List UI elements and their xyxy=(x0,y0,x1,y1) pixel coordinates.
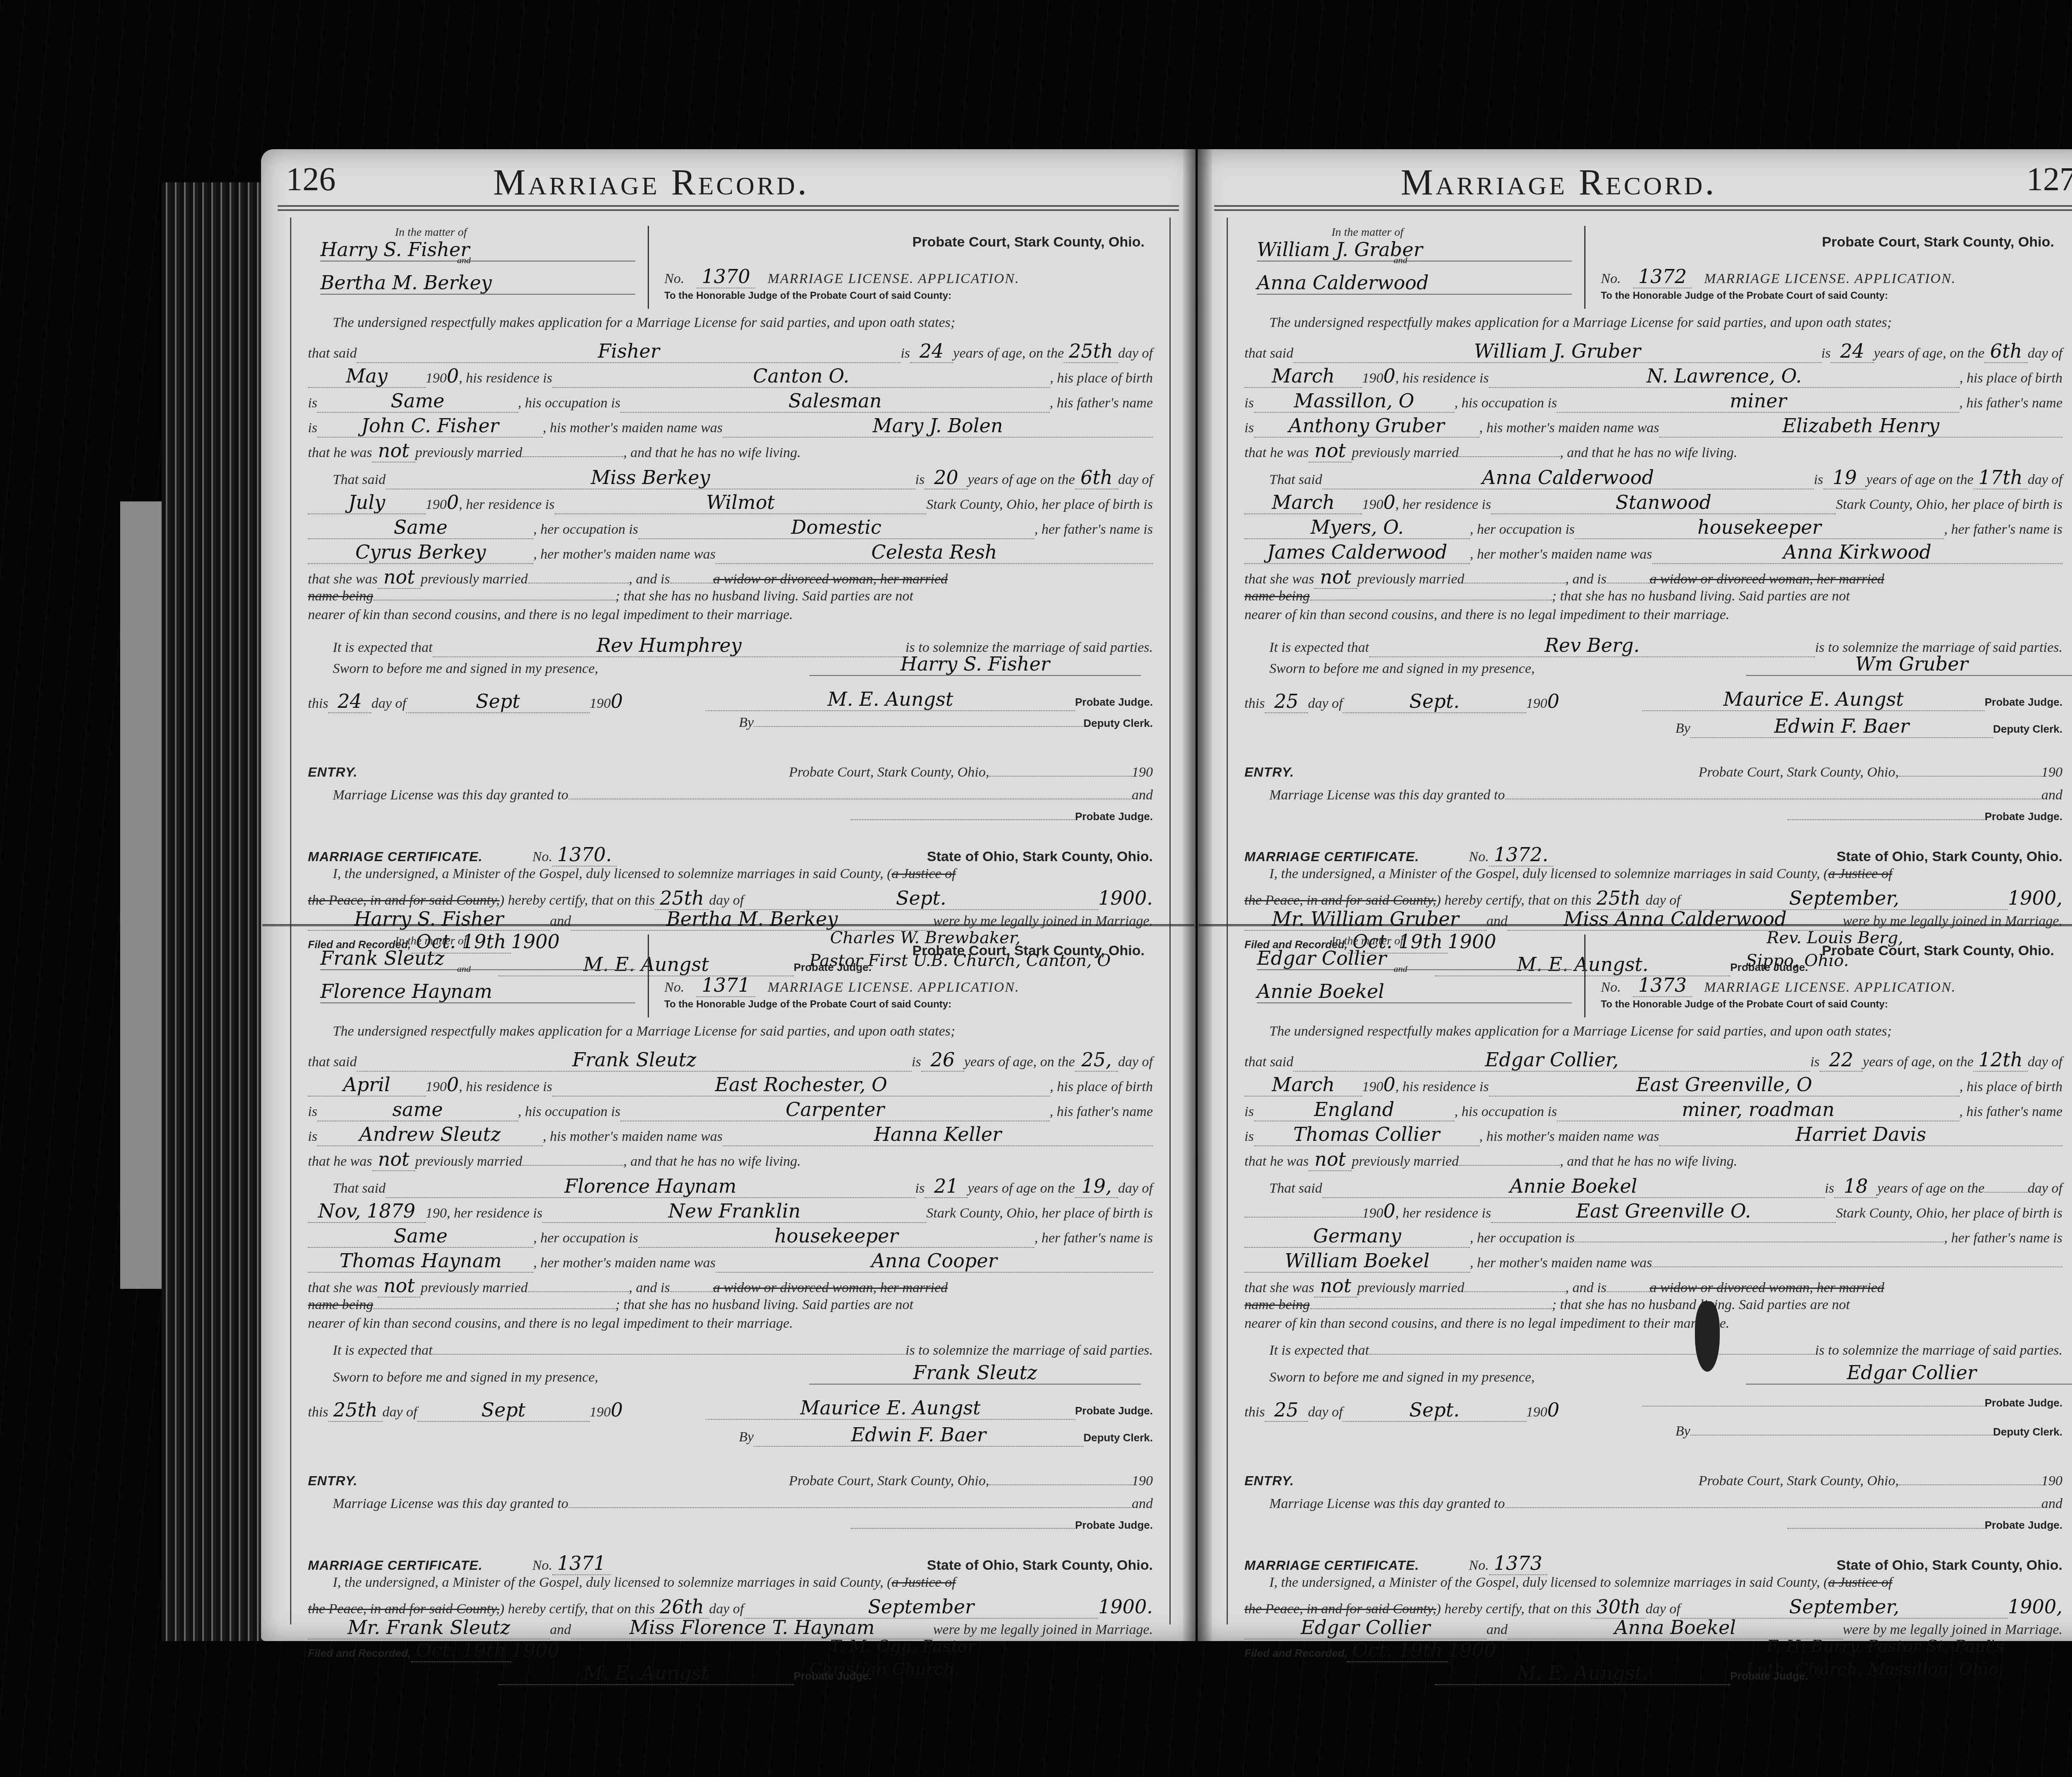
label: By xyxy=(1675,1424,1690,1439)
label: this xyxy=(1244,696,1265,712)
label: Probate Judge. xyxy=(1985,810,2062,823)
label: ) hereby certify, that on this xyxy=(1436,1601,1592,1617)
judge-signature xyxy=(1642,1406,1985,1407)
label: Sworn to before me and signed in my pres… xyxy=(1269,1370,1535,1385)
label: No. xyxy=(1469,1558,1489,1574)
label: Sworn to before me and signed in my pres… xyxy=(1269,661,1535,677)
marriage-record: In the matter of William J. Graber and A… xyxy=(1228,226,2072,922)
bride-line-1: That said Annie Boekel is 18 years of ag… xyxy=(1244,1175,2062,1198)
label: , her occupation is xyxy=(533,1230,638,1246)
certificate-month: September, xyxy=(1680,887,2008,910)
page-number: 126 xyxy=(286,161,336,199)
deputy-clerk-signature: Edwin F. Baer xyxy=(754,1424,1084,1447)
deputy-row: By Deputy Clerk. xyxy=(1675,1424,2062,1439)
sworn-month: Sept xyxy=(406,690,590,713)
label: this xyxy=(308,696,328,712)
certificate-bride: Miss Florence T. Haynam xyxy=(571,1616,933,1639)
blank xyxy=(989,1484,1132,1485)
no-label: No. xyxy=(664,980,684,995)
label: That said xyxy=(333,472,386,488)
label: that she was xyxy=(308,1280,378,1296)
groom-name: Edgar Collier, xyxy=(1293,1048,1810,1072)
bride-birth-day: 6th xyxy=(1075,466,1118,489)
label: is xyxy=(1244,1129,1254,1145)
certificate-heading-row: MARRIAGE CERTIFICATE. No. 1373 State of … xyxy=(1244,1552,2062,1575)
bride-birthplace: Germany xyxy=(1244,1225,1470,1248)
label: is xyxy=(308,395,317,411)
in-the-matter-of: In the matter of Harry S. Fisher and Ber… xyxy=(308,226,649,309)
groom-line-5: that he was not previously married , and… xyxy=(308,439,1153,462)
label: It is expected that xyxy=(333,640,433,656)
blank xyxy=(989,776,1132,777)
groom-line-1: that said Edgar Collier, is 22 years of … xyxy=(1244,1048,2062,1072)
bride-matter-name: Bertha M. Berkey xyxy=(320,271,635,295)
label: is xyxy=(1244,1104,1254,1120)
page-number: 127 xyxy=(2026,161,2072,199)
groom-name: Fisher xyxy=(357,340,900,363)
label: , her father's name is xyxy=(1944,522,2062,537)
groom-line-4: is Andrew Sleutz , his mother's maiden n… xyxy=(308,1123,1153,1146)
kin-clause: nearer of kin than second cousins, and t… xyxy=(308,1316,1153,1332)
label: previously married xyxy=(1357,1280,1464,1296)
groom-line-4: is Thomas Collier , his mother's maiden … xyxy=(1244,1123,2062,1146)
judge-row: M. E. Aungst Probate Judge. xyxy=(706,688,1153,711)
blank xyxy=(1505,799,2041,799)
blank xyxy=(569,1507,1132,1508)
label: , her residence is xyxy=(1395,497,1491,513)
groom-line-3: is Massillon, O , his occupation is mine… xyxy=(1244,390,2062,413)
label: No. xyxy=(1469,849,1489,865)
label: this xyxy=(1244,1404,1265,1420)
certificate-number: 1372. xyxy=(1489,843,1554,867)
groom-birth-month: May xyxy=(308,365,426,388)
to-the-judge: To the Honorable Judge of the Probate Co… xyxy=(1601,999,1888,1010)
label: , her mother's maiden name was xyxy=(1470,1255,1652,1271)
bride-previously-married: not xyxy=(378,566,421,589)
certificate-day: 30th xyxy=(1591,1595,1646,1619)
label: I, the undersigned, a Minister of the Go… xyxy=(333,866,892,882)
kin-clause: nearer of kin than second cousins, and t… xyxy=(1244,1316,2062,1332)
entry-judge-row: Probate Judge. xyxy=(851,810,1153,823)
bride-line-4: Cyrus Berkey , her mother's maiden name … xyxy=(308,541,1153,564)
bride-mother-maiden xyxy=(1652,1266,2062,1267)
blank xyxy=(522,456,623,457)
matter-label: In the matter of xyxy=(1331,934,1403,948)
entry-heading: ENTRY. xyxy=(1244,765,1294,780)
bride-mother-maiden: Anna Cooper xyxy=(716,1249,1153,1273)
bride-birth-month xyxy=(1244,1217,1362,1218)
license-number-row: No. 1370 MARRIAGE LICENSE. APPLICATION. xyxy=(664,265,1019,288)
label: is xyxy=(900,346,910,361)
entry-judge-row: Probate Judge. xyxy=(851,1519,1153,1532)
page-right: 127 Marriage Record. In the matter of Wi… xyxy=(1198,149,2072,1641)
label: No. xyxy=(533,1558,552,1574)
label: Marriage License was this day granted to xyxy=(333,787,569,803)
label: , and is xyxy=(1566,571,1607,587)
sworn-date-row: this 24 day of Sept 1900 xyxy=(308,690,623,713)
groom-age: 24 xyxy=(910,340,953,363)
groom-birth-day: 12th xyxy=(1973,1048,2028,1072)
bride-birth-month: March xyxy=(1244,491,1362,514)
label: Marriage License was this day granted to xyxy=(1269,787,1505,803)
struck-widow-clause: a widow or divorced woman, her married xyxy=(1650,571,1884,587)
license-application-label: MARRIAGE LICENSE. APPLICATION. xyxy=(767,980,1019,995)
label: Probate Court, Stark County, Ohio, xyxy=(1699,765,1899,780)
label: Probate Court, Stark County, Ohio, xyxy=(789,1473,989,1489)
certificate-groom: Mr. William Gruber xyxy=(1244,908,1486,931)
bride-previously-married: not xyxy=(1314,566,1357,589)
blank xyxy=(1787,819,1985,820)
label: Probate Judge. xyxy=(1075,696,1153,709)
certificate-heading: MARRIAGE CERTIFICATE. xyxy=(1244,1558,1419,1573)
label: , her mother's maiden name was xyxy=(1470,547,1652,562)
judge-signature: Maurice E. Aungst xyxy=(706,1397,1075,1420)
label: years of age, on the xyxy=(964,1054,1075,1070)
label: 190 xyxy=(426,1206,447,1221)
bride-name: Annie Boekel xyxy=(1322,1175,1825,1198)
bride-line-2: Nov, 1879 190 , her residence is New Fra… xyxy=(308,1200,1153,1223)
label: , his occupation is xyxy=(1455,395,1557,411)
certificate-names-row: Mr. Frank Sleutz and Miss Florence T. Ha… xyxy=(308,1616,1153,1639)
label: years of age on the xyxy=(1866,472,1974,488)
label: It is expected that xyxy=(333,1343,433,1358)
label: Probate Judge. xyxy=(1985,1519,2062,1532)
label: years of age on the xyxy=(1877,1181,1985,1196)
bride-year: 0 xyxy=(1383,491,1395,513)
sworn-year: 0 xyxy=(1547,690,1559,712)
bride-line-3: Myers, O. , her occupation is housekeepe… xyxy=(1244,516,2062,539)
groom-mother-maiden: Mary J. Bolen xyxy=(723,414,1153,438)
blank xyxy=(522,1165,623,1166)
license-application-label: MARRIAGE LICENSE. APPLICATION. xyxy=(767,271,1019,287)
applicant-signature: Wm Gruber xyxy=(1746,653,2072,676)
label: and xyxy=(2041,1496,2062,1512)
bride-birthplace: Same xyxy=(308,516,533,539)
label: I, the undersigned, a Minister of the Go… xyxy=(333,1575,892,1591)
page-frame: In the matter of William J. Graber and A… xyxy=(1227,218,2072,1624)
certificate-groom: Edgar Collier xyxy=(1244,1616,1486,1639)
label: 190 xyxy=(1132,765,1153,780)
label: Probate Judge. xyxy=(1075,810,1153,823)
label: By xyxy=(1675,721,1690,736)
certificate-heading-row: MARRIAGE CERTIFICATE. No. 1370. State of… xyxy=(308,843,1153,867)
bride-line-1: That said Anna Calderwood is 19 years of… xyxy=(1244,466,2062,489)
certificate-number: 1371 xyxy=(552,1552,611,1575)
label: , her occupation is xyxy=(1470,1230,1575,1246)
groom-birthplace: Same xyxy=(317,390,518,413)
label: is xyxy=(915,472,925,488)
bride-name: Miss Berkey xyxy=(386,466,915,489)
groom-year: 0 xyxy=(1383,365,1395,387)
label: , his place of birth xyxy=(1050,370,1153,386)
sworn-day: 24 xyxy=(328,690,371,713)
filed-judge-signature: M. E. Aungst. xyxy=(1435,1662,1730,1685)
no-label: No. xyxy=(1601,980,1621,995)
bride-residence: New Franklin xyxy=(542,1200,926,1223)
label: previously married xyxy=(421,1280,528,1296)
groom-line-5: that he was not previously married , and… xyxy=(1244,1148,2062,1171)
label: 190 xyxy=(426,497,447,513)
bride-birth-month: July xyxy=(308,491,426,514)
label: , his residence is xyxy=(1395,1079,1489,1095)
certificate-intro: I, the undersigned, a Minister of the Go… xyxy=(308,866,1153,882)
bride-year: 0 xyxy=(1383,1200,1395,1222)
groom-year: 0 xyxy=(1383,1073,1395,1096)
license-number: 1371 xyxy=(697,974,755,997)
minister-signature: T. M. Ogg, Pastor xyxy=(830,1637,975,1656)
label: , and that he has no wife living. xyxy=(1560,1154,1737,1169)
deputy-row: By Edwin F. Baer Deputy Clerk. xyxy=(739,1424,1153,1447)
certificate-names-row: Edgar Collier and Anna Boekel were by me… xyxy=(1244,1616,2062,1639)
blank xyxy=(569,799,1132,799)
groom-mother-maiden: Elizabeth Henry xyxy=(1659,414,2062,438)
bride-line-5: that she was not previously married , an… xyxy=(1244,566,2062,589)
label: , his mother's maiden name was xyxy=(543,1129,723,1145)
label: Deputy Clerk. xyxy=(1083,1431,1153,1444)
label: , his occupation is xyxy=(518,395,620,411)
label: name being xyxy=(308,588,373,604)
blank xyxy=(1899,1484,2041,1485)
label: 190 xyxy=(1362,1206,1383,1221)
certificate-bride: Miss Anna Calderwood xyxy=(1508,908,1843,931)
groom-residence: East Greenville, O xyxy=(1489,1073,1960,1097)
in-the-matter-of: In the matter of William J. Graber and A… xyxy=(1244,226,1585,309)
bride-line-4: James Calderwood , her mother's maiden n… xyxy=(1244,541,2062,564)
entry-row: ENTRY. Probate Court, Stark County, Ohio… xyxy=(1244,1473,2062,1489)
entry-row: ENTRY. Probate Court, Stark County, Ohio… xyxy=(308,765,1153,780)
label: name being xyxy=(1244,1297,1310,1313)
blank xyxy=(373,600,615,600)
bride-line-5: that she was not previously married , an… xyxy=(308,566,1153,589)
label: is xyxy=(1825,1181,1835,1196)
matter-and: and xyxy=(1394,964,1407,974)
groom-previously-married: not xyxy=(372,1148,415,1171)
label: day of xyxy=(709,1601,744,1617)
label: , and that he has no wife living. xyxy=(1560,445,1737,461)
label: , and is xyxy=(629,1280,670,1296)
page-left: 126 Marriage Record. In the matter of Ha… xyxy=(261,149,1196,1641)
label: that said xyxy=(1244,346,1293,361)
sworn-year: 0 xyxy=(1547,1399,1559,1421)
label: this xyxy=(308,1404,328,1420)
blank xyxy=(373,1308,615,1309)
label: name being xyxy=(308,1297,373,1313)
label: That said xyxy=(1269,472,1322,488)
groom-line-1: that said William J. Gruber is 24 years … xyxy=(1244,340,2062,363)
label: previously married xyxy=(1352,445,1459,461)
certificate-number: 1370. xyxy=(552,843,617,867)
label: day of xyxy=(371,696,406,712)
label: is xyxy=(912,1054,921,1070)
label: day of xyxy=(2028,1181,2062,1196)
certificate-heading-row: MARRIAGE CERTIFICATE. No. 1372. State of… xyxy=(1244,843,2062,867)
certificate-date-row: the Peace, in and for said County, ) her… xyxy=(1244,1595,2062,1619)
groom-line-5: that he was not previously married , and… xyxy=(1244,439,2062,462)
groom-birth-day: 25, xyxy=(1075,1048,1118,1072)
label: ; that she has no husband living. Said p… xyxy=(615,1297,913,1313)
license-number-row: No. 1373 MARRIAGE LICENSE. APPLICATION. xyxy=(1601,974,1956,997)
bride-age: 19 xyxy=(1823,466,1866,489)
bride-birth-day: 17th xyxy=(1973,466,2028,489)
label: day of xyxy=(1308,1404,1343,1420)
label: years of age, on the xyxy=(1874,346,1985,361)
entry-granted-row: Marriage License was this day granted to… xyxy=(308,1496,1153,1512)
blank xyxy=(1505,1507,2041,1508)
blank xyxy=(528,583,629,583)
label: I, the undersigned, a Minister of the Go… xyxy=(1269,866,1828,882)
label: Probate Judge. xyxy=(1985,1397,2062,1409)
certificate-month: September xyxy=(744,1595,1098,1619)
deputy-clerk-signature xyxy=(754,726,1084,727)
label: , and is xyxy=(1566,1280,1607,1296)
label: day of xyxy=(2028,1054,2062,1070)
bride-birthplace: Same xyxy=(308,1225,533,1248)
label: , her occupation is xyxy=(533,522,638,537)
kin-clause: nearer of kin than second cousins, and t… xyxy=(1244,607,2062,623)
marriage-record: In the matter of Harry S. Fisher and Ber… xyxy=(291,226,1169,922)
minister-signature: F. H. Burry, Pastor St. Paul's xyxy=(1767,1637,2004,1656)
matter-label: In the matter of xyxy=(395,226,467,239)
certificate-intro: I, the undersigned, a Minister of the Go… xyxy=(308,1575,1153,1591)
label: day of xyxy=(1118,472,1153,488)
blank xyxy=(851,819,1075,820)
filed-date: Oct. 19th xyxy=(411,1639,511,1662)
filed-date: Oct. 19th xyxy=(1348,1639,1448,1662)
label: day of xyxy=(1646,1601,1680,1617)
label: previously married xyxy=(1357,571,1464,587)
certificate-month: September, xyxy=(1680,1595,2008,1619)
state-county: State of Ohio, Stark County, Ohio. xyxy=(927,1557,1153,1574)
groom-occupation: Salesman xyxy=(620,390,1050,413)
struck-text: a Justice of xyxy=(1828,866,1893,882)
state-county: State of Ohio, Stark County, Ohio. xyxy=(1837,1557,2062,1574)
label: and xyxy=(1486,1622,1508,1638)
matter-and: and xyxy=(1394,255,1407,266)
page-edges-left xyxy=(162,182,265,1641)
groom-line-5: that he was not previously married , and… xyxy=(308,1148,1153,1171)
blank xyxy=(1310,1308,1552,1309)
groom-father: Anthony Gruber xyxy=(1254,414,1479,438)
label: ) hereby certify, that on this xyxy=(500,893,655,908)
blank xyxy=(1310,600,1552,600)
label: that he was xyxy=(1244,1154,1309,1169)
label: years of age on the xyxy=(968,472,1075,488)
label: day of xyxy=(2028,472,2062,488)
label: , his place of birth xyxy=(1050,1079,1153,1095)
label: day of xyxy=(1308,696,1343,712)
page-title: Marriage Record. xyxy=(1401,162,1717,203)
certificate-year: 1900, xyxy=(2008,1595,2062,1618)
label: and xyxy=(1132,787,1153,803)
groom-line-3: is England , his occupation is miner, ro… xyxy=(1244,1098,2062,1121)
label: were by me legally joined in Marriage. xyxy=(933,1622,1153,1638)
sworn-month: Sept. xyxy=(1343,1399,1526,1422)
label: That said xyxy=(1269,1181,1322,1196)
groom-line-4: is Anthony Gruber , his mother's maiden … xyxy=(1244,414,2062,438)
certificate-number: 1373 xyxy=(1489,1552,1547,1575)
label: , his residence is xyxy=(459,370,552,386)
sworn-day: 25 xyxy=(1265,1399,1308,1422)
sworn-date-row: this 25 day of Sept. 1900 xyxy=(1244,1399,1559,1422)
license-number: 1372 xyxy=(1633,265,1692,288)
blank xyxy=(1607,583,1650,583)
sworn-date-row: this 25th day of Sept 1900 xyxy=(308,1399,623,1422)
applicant-signature: Harry S. Fisher xyxy=(809,653,1141,676)
entry-judge-row: Probate Judge. xyxy=(1787,810,2062,823)
marriage-record: In the matter of Frank Sleutz and Floren… xyxy=(291,934,1169,1631)
bride-line-6: name being ; that she has no husband liv… xyxy=(308,1297,1153,1313)
judge-row: Probate Judge. xyxy=(1642,1397,2062,1409)
bride-line-2: March 1900 , her residence is Stanwood S… xyxy=(1244,491,2062,514)
certificate-date-row: the Peace, in and for said County, ) her… xyxy=(308,887,1153,910)
label: 190 xyxy=(426,1079,447,1095)
blank xyxy=(1899,776,2041,777)
label: previously married xyxy=(415,1154,522,1169)
bride-matter-name: Florence Haynam xyxy=(320,980,635,1003)
label: , his father's name xyxy=(1050,1104,1153,1120)
label: that she was xyxy=(308,571,378,587)
bride-matter-name: Anna Calderwood xyxy=(1257,271,1572,295)
matter-label: In the matter of xyxy=(395,934,467,948)
certificate-day: 25th xyxy=(1591,887,1646,910)
label: , his father's name xyxy=(1959,1104,2062,1120)
groom-birthplace: England xyxy=(1254,1098,1455,1121)
filed-row: Filed and Recorded, Oct. 19th 1900 xyxy=(1244,1639,1617,1662)
label: years of age, on the xyxy=(1863,1054,1973,1070)
certificate-heading: MARRIAGE CERTIFICATE. xyxy=(1244,849,1419,864)
bride-mother-maiden: Anna Kirkwood xyxy=(1652,541,2062,564)
groom-age: 22 xyxy=(1820,1048,1863,1072)
matter-and: and xyxy=(457,964,471,974)
entry-judge-row: Probate Judge. xyxy=(1787,1519,2062,1532)
label: , her mother's maiden name was xyxy=(533,547,716,562)
groom-year: 0 xyxy=(447,1073,459,1096)
header-rule xyxy=(278,205,1179,211)
sworn-year: 0 xyxy=(611,1399,623,1421)
label: 190 xyxy=(426,370,447,386)
bride-line-6: name being ; that she has no husband liv… xyxy=(1244,588,2062,604)
label: , her occupation is xyxy=(1470,522,1575,537)
label: Deputy Clerk. xyxy=(1993,1426,2062,1438)
certificate-intro: I, the undersigned, a Minister of the Go… xyxy=(1244,1575,2062,1591)
label: Deputy Clerk. xyxy=(1083,717,1153,730)
label: Filed and Recorded, xyxy=(308,1647,411,1660)
sworn-date-row: this 25 day of Sept. 1900 xyxy=(1244,690,1559,713)
label: , her father's name is xyxy=(1034,522,1153,537)
label: By xyxy=(739,715,754,731)
bride-father: Thomas Haynam xyxy=(308,1249,533,1273)
no-label: No. xyxy=(1601,271,1621,287)
label: , his mother's maiden name was xyxy=(543,420,723,436)
page-frame: In the matter of Harry S. Fisher and Ber… xyxy=(290,218,1171,1624)
groom-line-2: May 1900 , his residence is Canton O. , … xyxy=(308,365,1153,388)
groom-matter-name: William J. Graber xyxy=(1257,238,1572,261)
license-number: 1370 xyxy=(697,265,755,288)
blank xyxy=(670,583,713,583)
blank xyxy=(1459,1165,1560,1166)
entry-heading: ENTRY. xyxy=(1244,1473,1294,1489)
bride-name: Anna Calderwood xyxy=(1322,466,1814,489)
label: and xyxy=(1132,1496,1153,1512)
label: and xyxy=(2041,787,2062,803)
label: , his place of birth xyxy=(1960,370,2062,386)
groom-occupation: Carpenter xyxy=(620,1098,1050,1121)
application-intro: The undersigned respectfully makes appli… xyxy=(308,315,1153,331)
groom-birth-day: 6th xyxy=(1985,340,2028,363)
groom-birthplace: same xyxy=(317,1098,518,1121)
label: is to solemnize the marriage of said par… xyxy=(905,1343,1153,1358)
bride-residence: Wilmot xyxy=(554,491,926,514)
